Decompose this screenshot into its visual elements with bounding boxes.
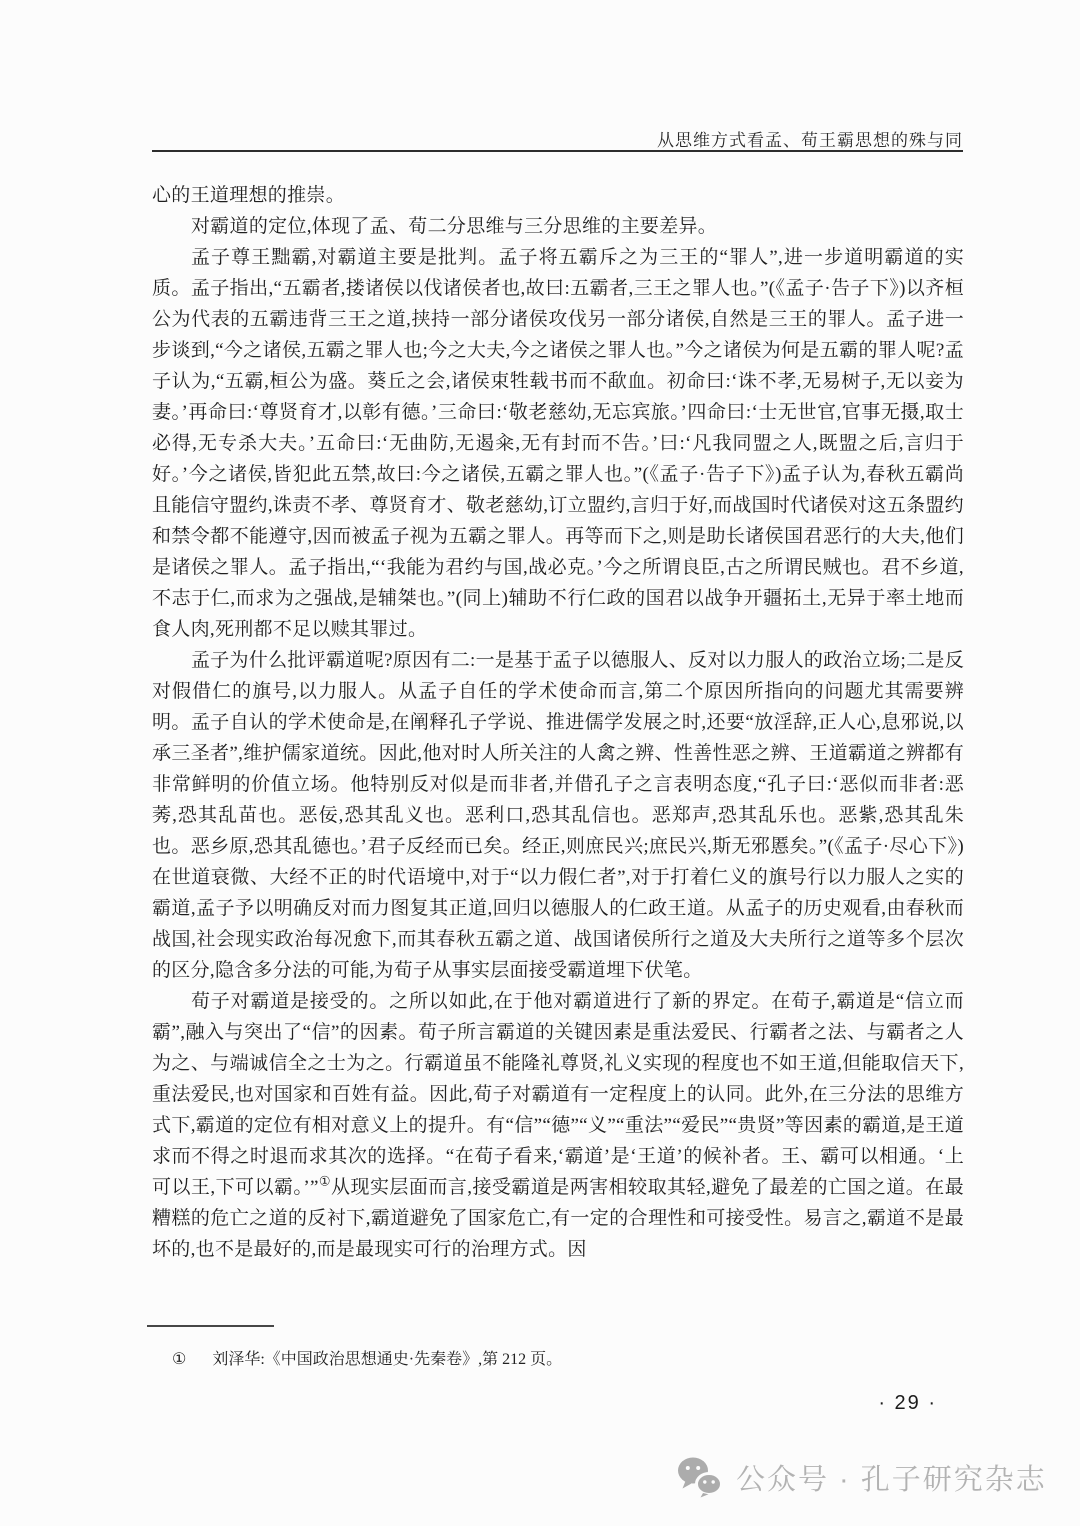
- document-page: 从思维方式看孟、荀王霸思想的殊与同 心的王道理想的推崇。对霸道的定位,体现了孟、…: [0, 0, 1080, 1526]
- footnote-rule: [147, 1325, 274, 1327]
- paragraph: 心的王道理想的推崇。: [152, 180, 964, 211]
- paragraph: 荀子对霸道是接受的。之所以如此,在于他对霸道进行了新的界定。在荀子,霸道是“信立…: [152, 986, 964, 1265]
- paragraph: 对霸道的定位,体现了孟、荀二分思维与三分思维的主要差异。: [152, 211, 964, 242]
- watermark: 公众号 · 孔子研究杂志: [676, 1456, 1047, 1498]
- page-number: · 29 ·: [878, 1392, 937, 1415]
- footnote-marker: ①: [172, 1349, 186, 1369]
- footnote: ① 刘泽华:《中国政治思想通史·先秦卷》,第 212 页。: [172, 1346, 962, 1369]
- body-text: 心的王道理想的推崇。对霸道的定位,体现了孟、荀二分思维与三分思维的主要差异。孟子…: [152, 180, 964, 1265]
- header-rule: [152, 150, 963, 152]
- footnote-text: 刘泽华:《中国政治思想通史·先秦卷》,第 212 页。: [212, 1346, 562, 1369]
- footnote-ref: ①: [319, 1174, 331, 1189]
- running-title: 从思维方式看孟、荀王霸思想的殊与同: [657, 126, 963, 151]
- wechat-icon: [676, 1456, 723, 1498]
- watermark-label: 公众号 · 孔子研究杂志: [736, 1457, 1047, 1498]
- paragraph: 孟子为什么批评霸道呢?原因有二:一是基于孟子以德服人、反对以力服人的政治立场;二…: [152, 645, 964, 986]
- paragraph: 孟子尊王黜霸,对霸道主要是批判。孟子将五霸斥之为三王的“罪人”,进一步道明霸道的…: [152, 242, 964, 645]
